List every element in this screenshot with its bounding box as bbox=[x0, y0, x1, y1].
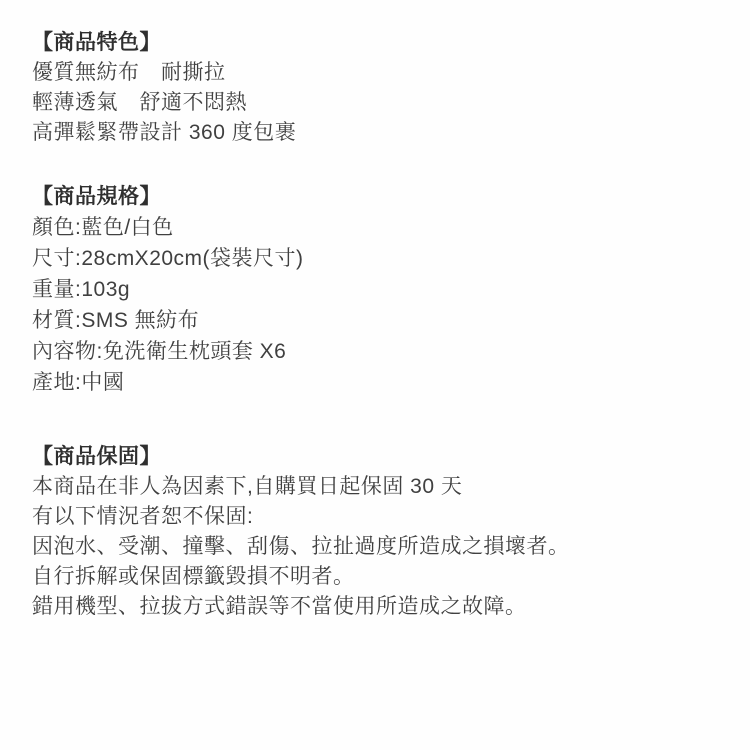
spec-line-origin: 產地:中國 bbox=[32, 367, 720, 398]
warranty-line: 錯用機型、拉拔方式錯誤等不當使用所造成之故障。 bbox=[32, 592, 720, 622]
warranty-line: 有以下情況者恕不保固: bbox=[32, 502, 720, 532]
section-title-features: 【商品特色】 bbox=[32, 28, 720, 58]
section-product-features: 【商品特色】 優質無紡布 耐撕拉 輕薄透氣 舒適不悶熱 高彈鬆緊帶設計 360 … bbox=[32, 28, 720, 148]
section-product-warranty: 【商品保固】 本商品在非人為因素下,自購買日起保固 30 天 有以下情況者恕不保… bbox=[32, 442, 720, 622]
product-description-page: 【商品特色】 優質無紡布 耐撕拉 輕薄透氣 舒適不悶熱 高彈鬆緊帶設計 360 … bbox=[0, 0, 750, 750]
feature-line: 輕薄透氣 舒適不悶熱 bbox=[32, 88, 720, 118]
section-title-warranty: 【商品保固】 bbox=[32, 442, 720, 472]
section-title-specs: 【商品規格】 bbox=[32, 182, 720, 212]
feature-line: 高彈鬆緊帶設計 360 度包裹 bbox=[32, 118, 720, 148]
warranty-line: 本商品在非人為因素下,自購買日起保固 30 天 bbox=[32, 472, 720, 502]
warranty-line: 自行拆解或保固標籤毀損不明者。 bbox=[32, 562, 720, 592]
feature-line: 優質無紡布 耐撕拉 bbox=[32, 58, 720, 88]
spec-line-contents: 內容物:免洗衛生枕頭套 X6 bbox=[32, 336, 720, 367]
spec-line-color: 顏色:藍色/白色 bbox=[32, 212, 720, 243]
warranty-line: 因泡水、受潮、撞擊、刮傷、拉扯過度所造成之損壞者。 bbox=[32, 532, 720, 562]
spec-line-material: 材質:SMS 無紡布 bbox=[32, 305, 720, 336]
spec-line-size: 尺寸:28cmX20cm(袋裝尺寸) bbox=[32, 243, 720, 274]
spec-line-weight: 重量:103g bbox=[32, 274, 720, 305]
section-product-specs: 【商品規格】 顏色:藍色/白色 尺寸:28cmX20cm(袋裝尺寸) 重量:10… bbox=[32, 182, 720, 398]
